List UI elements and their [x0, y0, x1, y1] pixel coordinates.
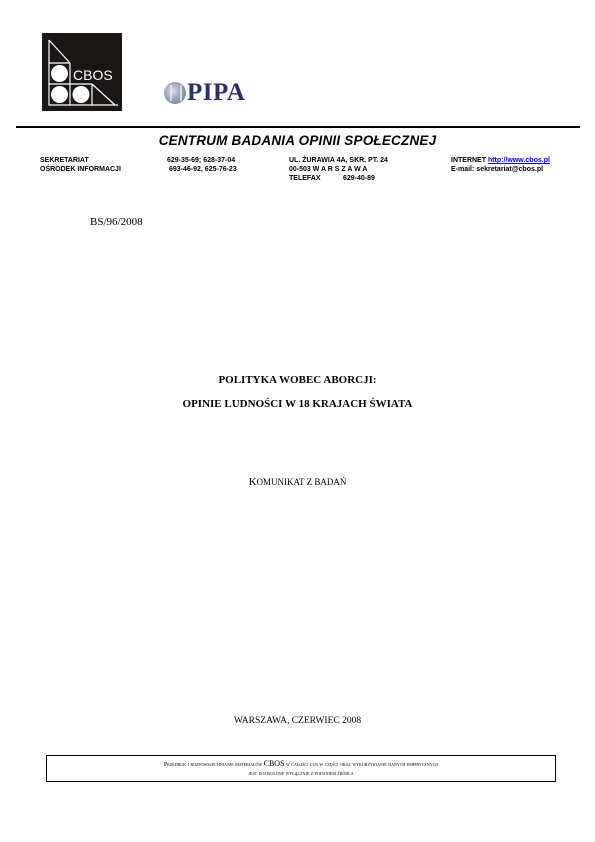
document-title-line-1: POLITYKA WOBEC ABORCJI:	[0, 374, 595, 386]
info-center-label: OŚRODEK INFORMACJI	[40, 165, 121, 174]
internet-row: INTERNET http://www.cbos.pl	[451, 156, 550, 165]
organization-name: CENTRUM BADANIA OPINII SPOŁECZNEJ	[0, 133, 595, 148]
document-code: BS/96/2008	[90, 216, 143, 228]
email-row: E-mail: sekretariat@cbos.pl	[451, 165, 543, 174]
cbos-logo-icon: CBOS	[42, 33, 122, 111]
globe-icon	[164, 82, 186, 104]
cbos-logo: CBOS	[42, 33, 122, 111]
svg-text:CBOS: CBOS	[73, 67, 113, 83]
internet-label: INTERNET	[451, 157, 486, 164]
document-title-line-2: OPINIE LUDNOŚCI W 18 KRAJACH ŚWIATA	[0, 398, 595, 410]
secretariat-label: SEKRETARIAT	[40, 156, 89, 165]
email-label: E-mail:	[451, 166, 474, 173]
copyright-notice-box: Przedruk i rozpowszechnianie materiałów …	[46, 755, 556, 782]
telefax-number: 629-40-89	[343, 174, 375, 183]
copyright-line-1: Przedruk i rozpowszechnianie materiałów …	[47, 759, 555, 770]
secretariat-phones: 629-35-69; 628-37-04	[167, 156, 235, 165]
telefax-label: TELEFAX	[289, 174, 321, 183]
report-type-rest: OMUNIKAT Z BADAŃ	[257, 477, 347, 487]
address-line-2: 00-503 W A R S Z A W A	[289, 165, 367, 174]
report-type-initial: K	[249, 476, 257, 488]
copyright-line-2: jest dozwolone wyłącznie z podaniem źród…	[47, 770, 555, 779]
pipa-logo: PIPA	[164, 80, 245, 106]
report-type: KOMUNIKAT Z BADAŃ	[0, 476, 595, 488]
website-link[interactable]: http://www.cbos.pl	[488, 157, 550, 164]
header-divider	[16, 126, 580, 128]
copyright-text-b: w całości lub w części oraz wykorzystani…	[286, 762, 438, 768]
pipa-logo-text: PIPA	[187, 80, 245, 106]
email-address: sekretariat@cbos.pl	[476, 166, 543, 173]
copyright-cbos: CBOS	[264, 759, 285, 768]
address-line-1: UL. ŻURAWIA 4A, SKR. PT. 24	[289, 156, 388, 165]
copyright-text-a: Przedruk i rozpowszechnianie materiałów	[164, 762, 262, 768]
info-center-phones: 693-46-92, 625-76-23	[169, 165, 237, 174]
place-and-date: WARSZAWA, CZERWIEC 2008	[0, 716, 595, 726]
